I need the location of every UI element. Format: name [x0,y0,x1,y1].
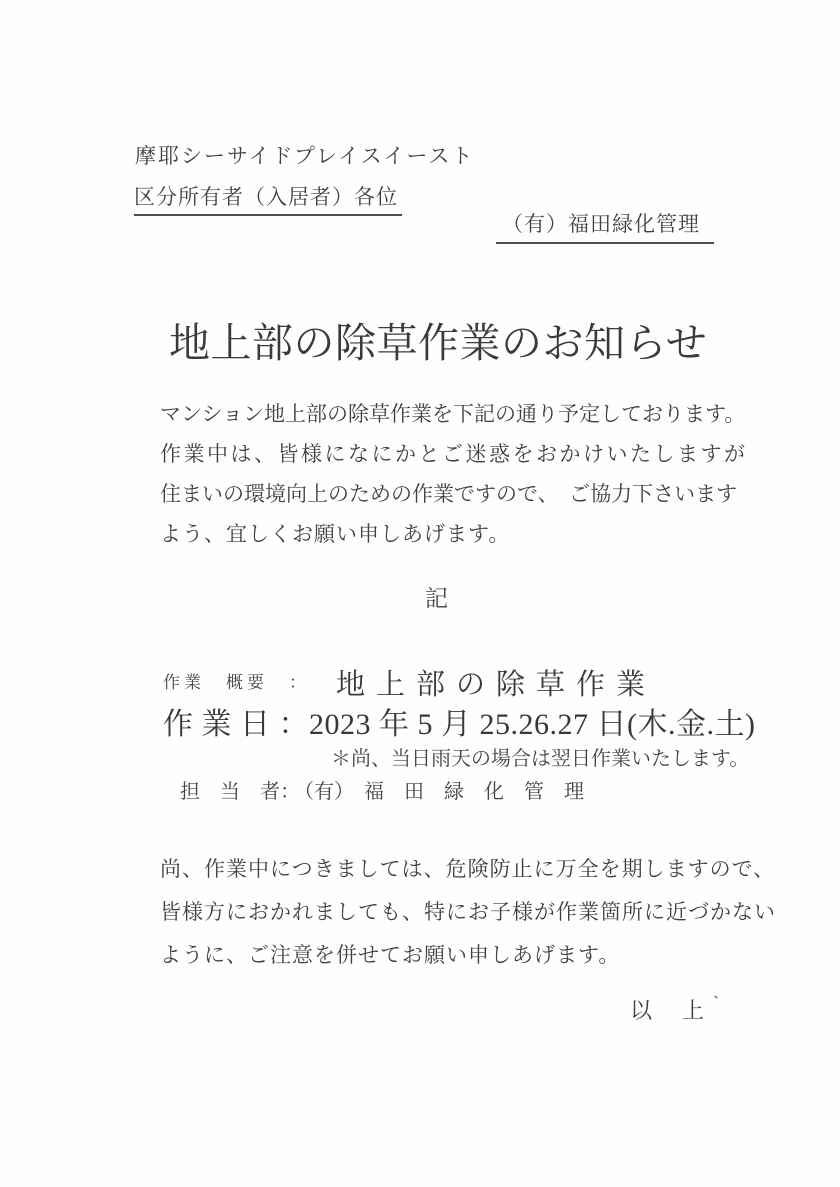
document-title: 地上部の除草作業のお知らせ [169,319,707,368]
addressee-building-name: 摩耶シーサイドプレイスイースト [135,140,474,170]
sender-company-name: （有）福田緑化管理 [496,208,714,244]
closing-mark: 以 上 [630,994,708,1025]
intro-line: 作業中は、皆様になにかとご迷惑をおかけいたしますが [160,434,748,474]
intro-line: マンション地上部の除草作業を下記の通り予定しております。 [160,394,748,434]
rain-postponement-note: ＊尚、当日雨天の場合は翌日作業いたします。 [331,742,749,771]
record-marker: 記 [425,580,448,613]
work-summary-row: 作業 概要 ：地上部の除草作業 [163,662,656,703]
intro-line: よう、宜しくお願い申しあげます。 [160,514,748,554]
scanned-notice-document: 摩耶シーサイドプレイスイースト 区分所有者（入居者）各位 （有）福田緑化管理 地… [0,0,840,1187]
intro-line: 住まいの環境向上のための作業ですので、 ご協力下さいます [160,474,748,514]
intro-paragraph: マンション地上部の除草作業を下記の通り予定しております。 作業中は、皆様になにか… [160,394,748,554]
staff-label: 担 当 者： [180,781,300,803]
work-summary-value: 地上部の除草作業 [336,669,656,701]
scan-artifact-speck [714,995,718,999]
staff-row: 担 当 者：（有） 福 田 緑 化 管 理 [180,775,584,804]
addressee-residents: 区分所有者（入居者）各位 [134,181,402,216]
closing-line: ように、ご注意を併せてお願い申しあげます。 [160,934,776,977]
staff-value: （有） 福 田 緑 化 管 理 [304,781,584,803]
work-date-line: 作 業 日 ：2023 年 5 月 25.26.27 日(木.金.土) [163,699,755,743]
work-summary-label: 作業 概要 ： [163,673,310,692]
closing-line: 皆様方におかれましても、特にお子様が作業箇所に近づかない [160,891,776,934]
closing-line: 尚、作業中につきましては、危険防止に万全を期しますので、 [160,848,776,891]
closing-paragraph: 尚、作業中につきましては、危険防止に万全を期しますので、 皆様方におかれましても… [160,848,776,977]
